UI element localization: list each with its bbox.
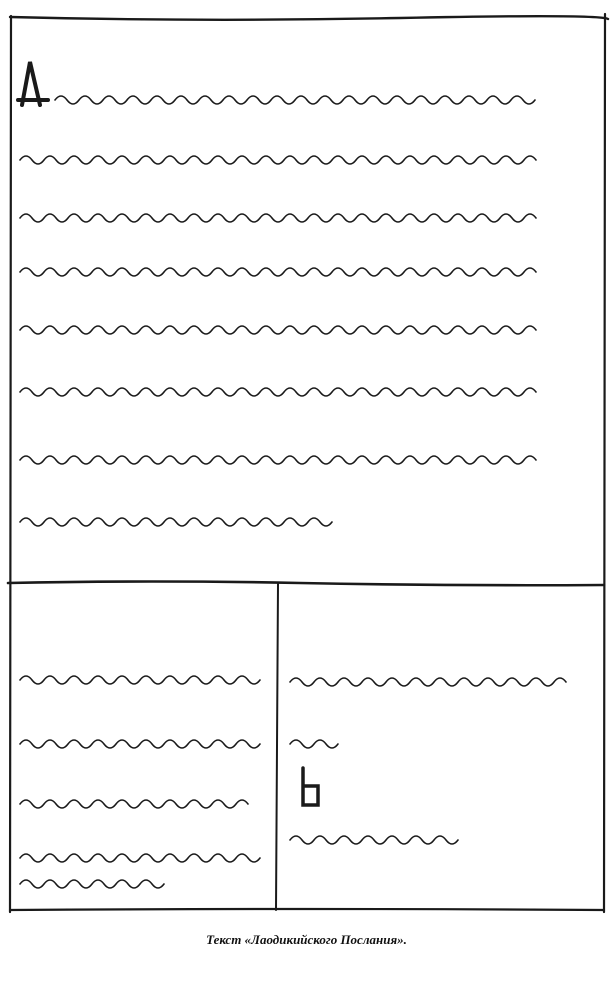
upper-panel-script <box>18 62 536 526</box>
initial-letter <box>18 62 48 105</box>
figure-caption: Текст «Лаодикийского Послания». <box>0 932 613 948</box>
lower-left-panel-script <box>20 676 260 888</box>
frame-bottom-rule <box>10 909 604 910</box>
manuscript-frame <box>0 0 613 984</box>
panel-divider-vertical <box>276 584 278 910</box>
capital-letter <box>303 768 318 805</box>
frame-top-rule <box>10 16 608 20</box>
panel-divider-horizontal <box>8 582 604 586</box>
manuscript-page: Текст «Лаодикийского Послания». <box>0 0 613 984</box>
frame-left-rule <box>10 16 11 912</box>
frame-right-rule <box>604 14 605 912</box>
lower-right-panel-script <box>290 678 566 844</box>
